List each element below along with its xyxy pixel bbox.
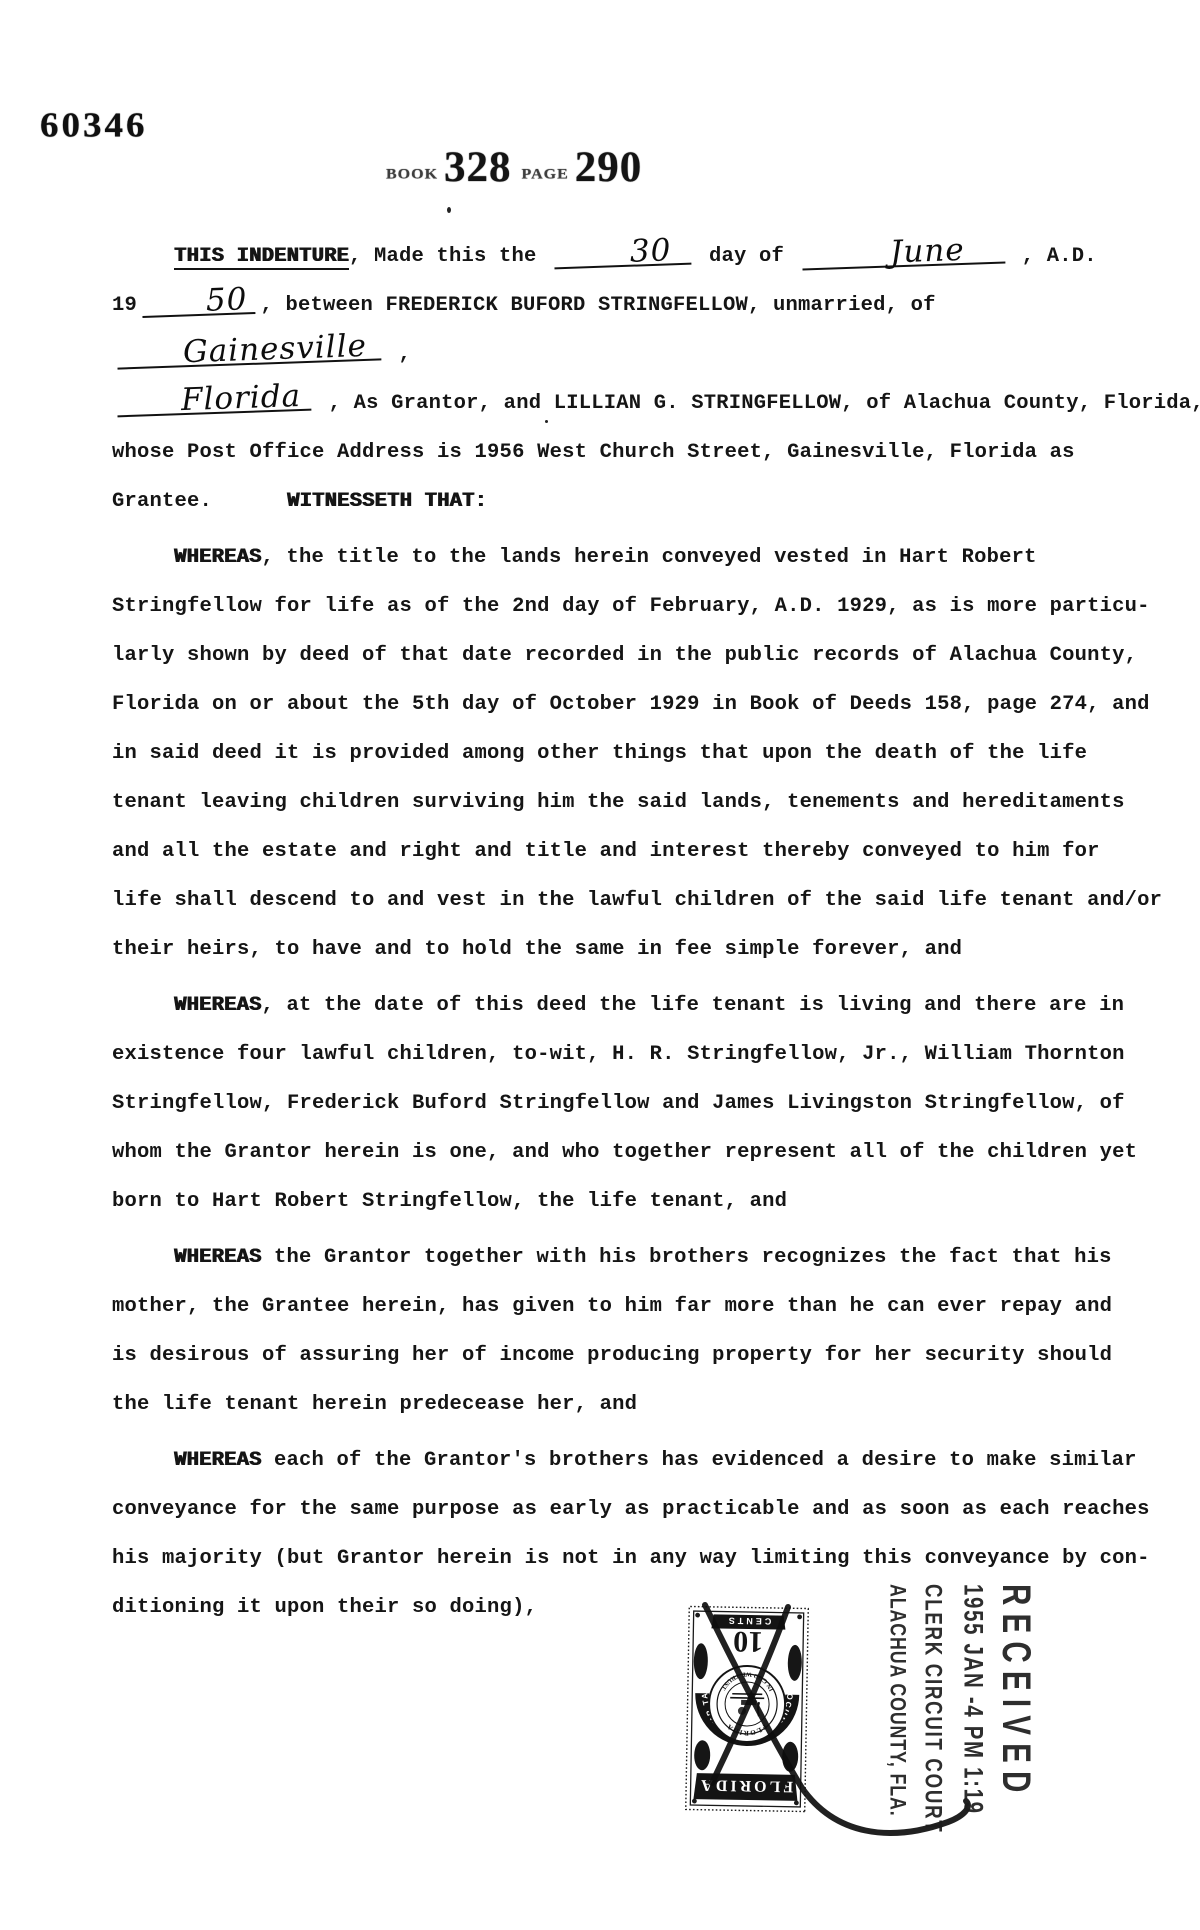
paragraph: WHEREAS the Grantor together with his br… [112, 1233, 1200, 1429]
typed-text: Grantee. [112, 490, 287, 513]
handwritten-entry: 30 [554, 238, 692, 270]
paragraph: WHEREAS, the title to the lands herein c… [112, 533, 1200, 974]
typed-text: whose Post Office Address is 1956 West C… [112, 441, 1075, 464]
typed-text: , between FREDERICK BUFORD STRINGFELLOW,… [260, 294, 948, 317]
filing-number: 60346 [40, 105, 148, 146]
typed-text: WHEREAS [174, 1449, 262, 1472]
typed-text: , A.D. [1009, 245, 1097, 268]
typed-text: their heirs, to have and to hold the sam… [112, 938, 962, 961]
typed-text: conveyance for the same purpose as early… [112, 1498, 1150, 1521]
paragraph: THIS INDENTURE, Made this the 30 day of … [112, 232, 1200, 526]
typed-text: life shall descend to and vest in the la… [112, 889, 1162, 912]
document-body: THIS INDENTURE, Made this the 30 day of … [112, 232, 1200, 1639]
handwritten-entry: Gainesville [117, 333, 382, 369]
handwritten-entry: 50 [142, 287, 256, 318]
typed-text: 19 [112, 294, 137, 317]
paragraph: WHEREAS, at the date of this deed the li… [112, 981, 1200, 1226]
page-number: 290 [575, 146, 643, 189]
typed-text: WHEREAS [174, 1246, 262, 1269]
typed-text: the life tenant herein predecease her, a… [112, 1393, 637, 1416]
typed-text: WHEREAS [174, 994, 262, 1017]
typed-text: larly shown by deed of that date recorde… [112, 644, 1137, 667]
handwritten-entry: June [801, 236, 1005, 270]
typed-text: each of the Grantor's brothers has evide… [262, 1449, 1137, 1472]
typed-text: in said deed it is provided among other … [112, 742, 1087, 765]
typed-text: Stringfellow, Frederick Buford Stringfel… [112, 1092, 1125, 1115]
received-stamp-county: ALACHUA COUNTY, FLA. [879, 1584, 915, 1798]
typed-text: , [386, 343, 411, 366]
typed-text: , Made this the [349, 245, 549, 268]
typed-text: his majority (but Grantor herein is not … [112, 1547, 1150, 1570]
typed-text: the Grantor together with his brothers r… [262, 1246, 1112, 1269]
typed-text: whom the Grantor herein is one, and who … [112, 1141, 1137, 1164]
received-stamp-datetime: 1955 JAN -4 PM 1:19 [950, 1584, 994, 1798]
typed-text: mother, the Grantee herein, has given to… [112, 1295, 1112, 1318]
book-label: BOOK [386, 167, 438, 183]
typed-text: , at the date of this deed the life tena… [262, 994, 1125, 1017]
typed-text: existence four lawful children, to-wit, … [112, 1043, 1125, 1066]
book-page-header: BOOK 328 PAGE 290 [386, 146, 642, 189]
document-page: 60346 BOOK 328 PAGE 290 THIS INDENTURE, … [0, 0, 1200, 1930]
page-label: PAGE [522, 167, 569, 183]
typed-text: Stringfellow for life as of the 2nd day … [112, 595, 1150, 618]
received-stamp-office: CLERK CIRCUIT COURT [912, 1584, 953, 1798]
typed-text: THIS INDENTURE [174, 245, 349, 270]
handwritten-entry: Florida [117, 384, 312, 418]
typed-text: and all the estate and right and title a… [112, 840, 1100, 863]
typed-text: , the title to the lands herein conveyed… [262, 546, 1037, 569]
typed-text: WITNESSETH THAT: [287, 490, 487, 513]
received-stamp-text: RECEIVED 1955 JAN -4 PM 1:19 CLERK CIRCU… [878, 1584, 1040, 1836]
typed-text: WHEREAS [174, 546, 262, 569]
ink-speck [447, 207, 451, 213]
typed-text: Florida on or about the 5th day of Octob… [112, 693, 1150, 716]
book-number: 328 [444, 146, 512, 189]
typed-text: day of [697, 245, 797, 268]
typed-text: tenant leaving children surviving him th… [112, 791, 1125, 814]
typed-text: ditioning it upon their so doing), [112, 1596, 537, 1619]
received-stamp: RECEIVED 1955 JAN -4 PM 1:19 CLERK CIRCU… [878, 1584, 1040, 1836]
typed-text: , As Grantor, and LILLIAN G. STRINGFELLO… [316, 392, 1200, 415]
typed-text: is desirous of assuring her of income pr… [112, 1344, 1112, 1367]
received-stamp-title: RECEIVED [990, 1584, 1043, 1791]
typed-text: born to Hart Robert Stringfellow, the li… [112, 1190, 787, 1213]
